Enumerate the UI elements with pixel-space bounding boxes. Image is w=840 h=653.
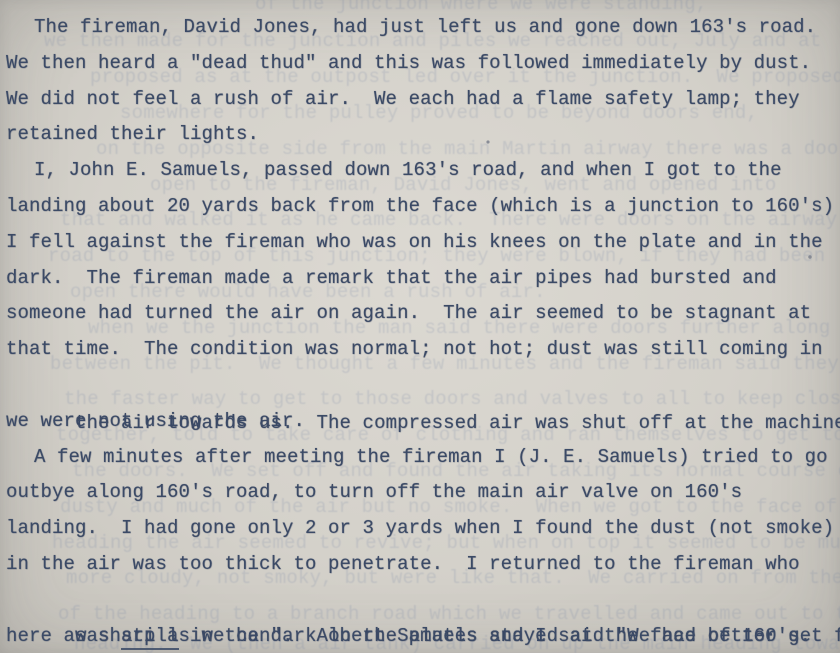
typed-line: was still in the dark on the plates and … — [6, 583, 840, 619]
typed-line: The fireman, David Jones, had just left … — [6, 10, 840, 46]
typed-line: A few minutes after meeting the fireman … — [6, 440, 840, 476]
typed-text-block: The fireman, David Jones, had just left … — [0, 0, 840, 653]
typed-line: dark. The fireman made a remark that the… — [6, 261, 840, 297]
typed-line: retained their lights. — [6, 117, 840, 153]
typed-line: I fell against the fireman who was on hi… — [6, 225, 840, 261]
document-page: of the junction where we were standing, … — [0, 0, 840, 653]
typed-line: someone had turned the air on again. The… — [6, 296, 840, 332]
typed-line: the air towards us. The compressed air w… — [6, 368, 840, 404]
typed-line: I, John E. Samuels, passed down 163's ro… — [6, 153, 840, 189]
typed-line: in the air was too thick to penetrate. I… — [6, 547, 840, 583]
typed-line: We then heard a "dead thud" and this was… — [6, 46, 840, 82]
typed-line: that time. The condition was normal; not… — [6, 332, 840, 368]
typed-line: here as sharp as we can". Albert Samuels… — [6, 619, 840, 653]
typed-line: We did not feel a rush of air. We each h… — [6, 82, 840, 118]
typed-line: outbye along 160's road, to turn off the… — [6, 475, 840, 511]
typed-line: landing. I had gone only 2 or 3 yards wh… — [6, 511, 840, 547]
typed-line: landing about 20 yards back from the fac… — [6, 189, 840, 225]
